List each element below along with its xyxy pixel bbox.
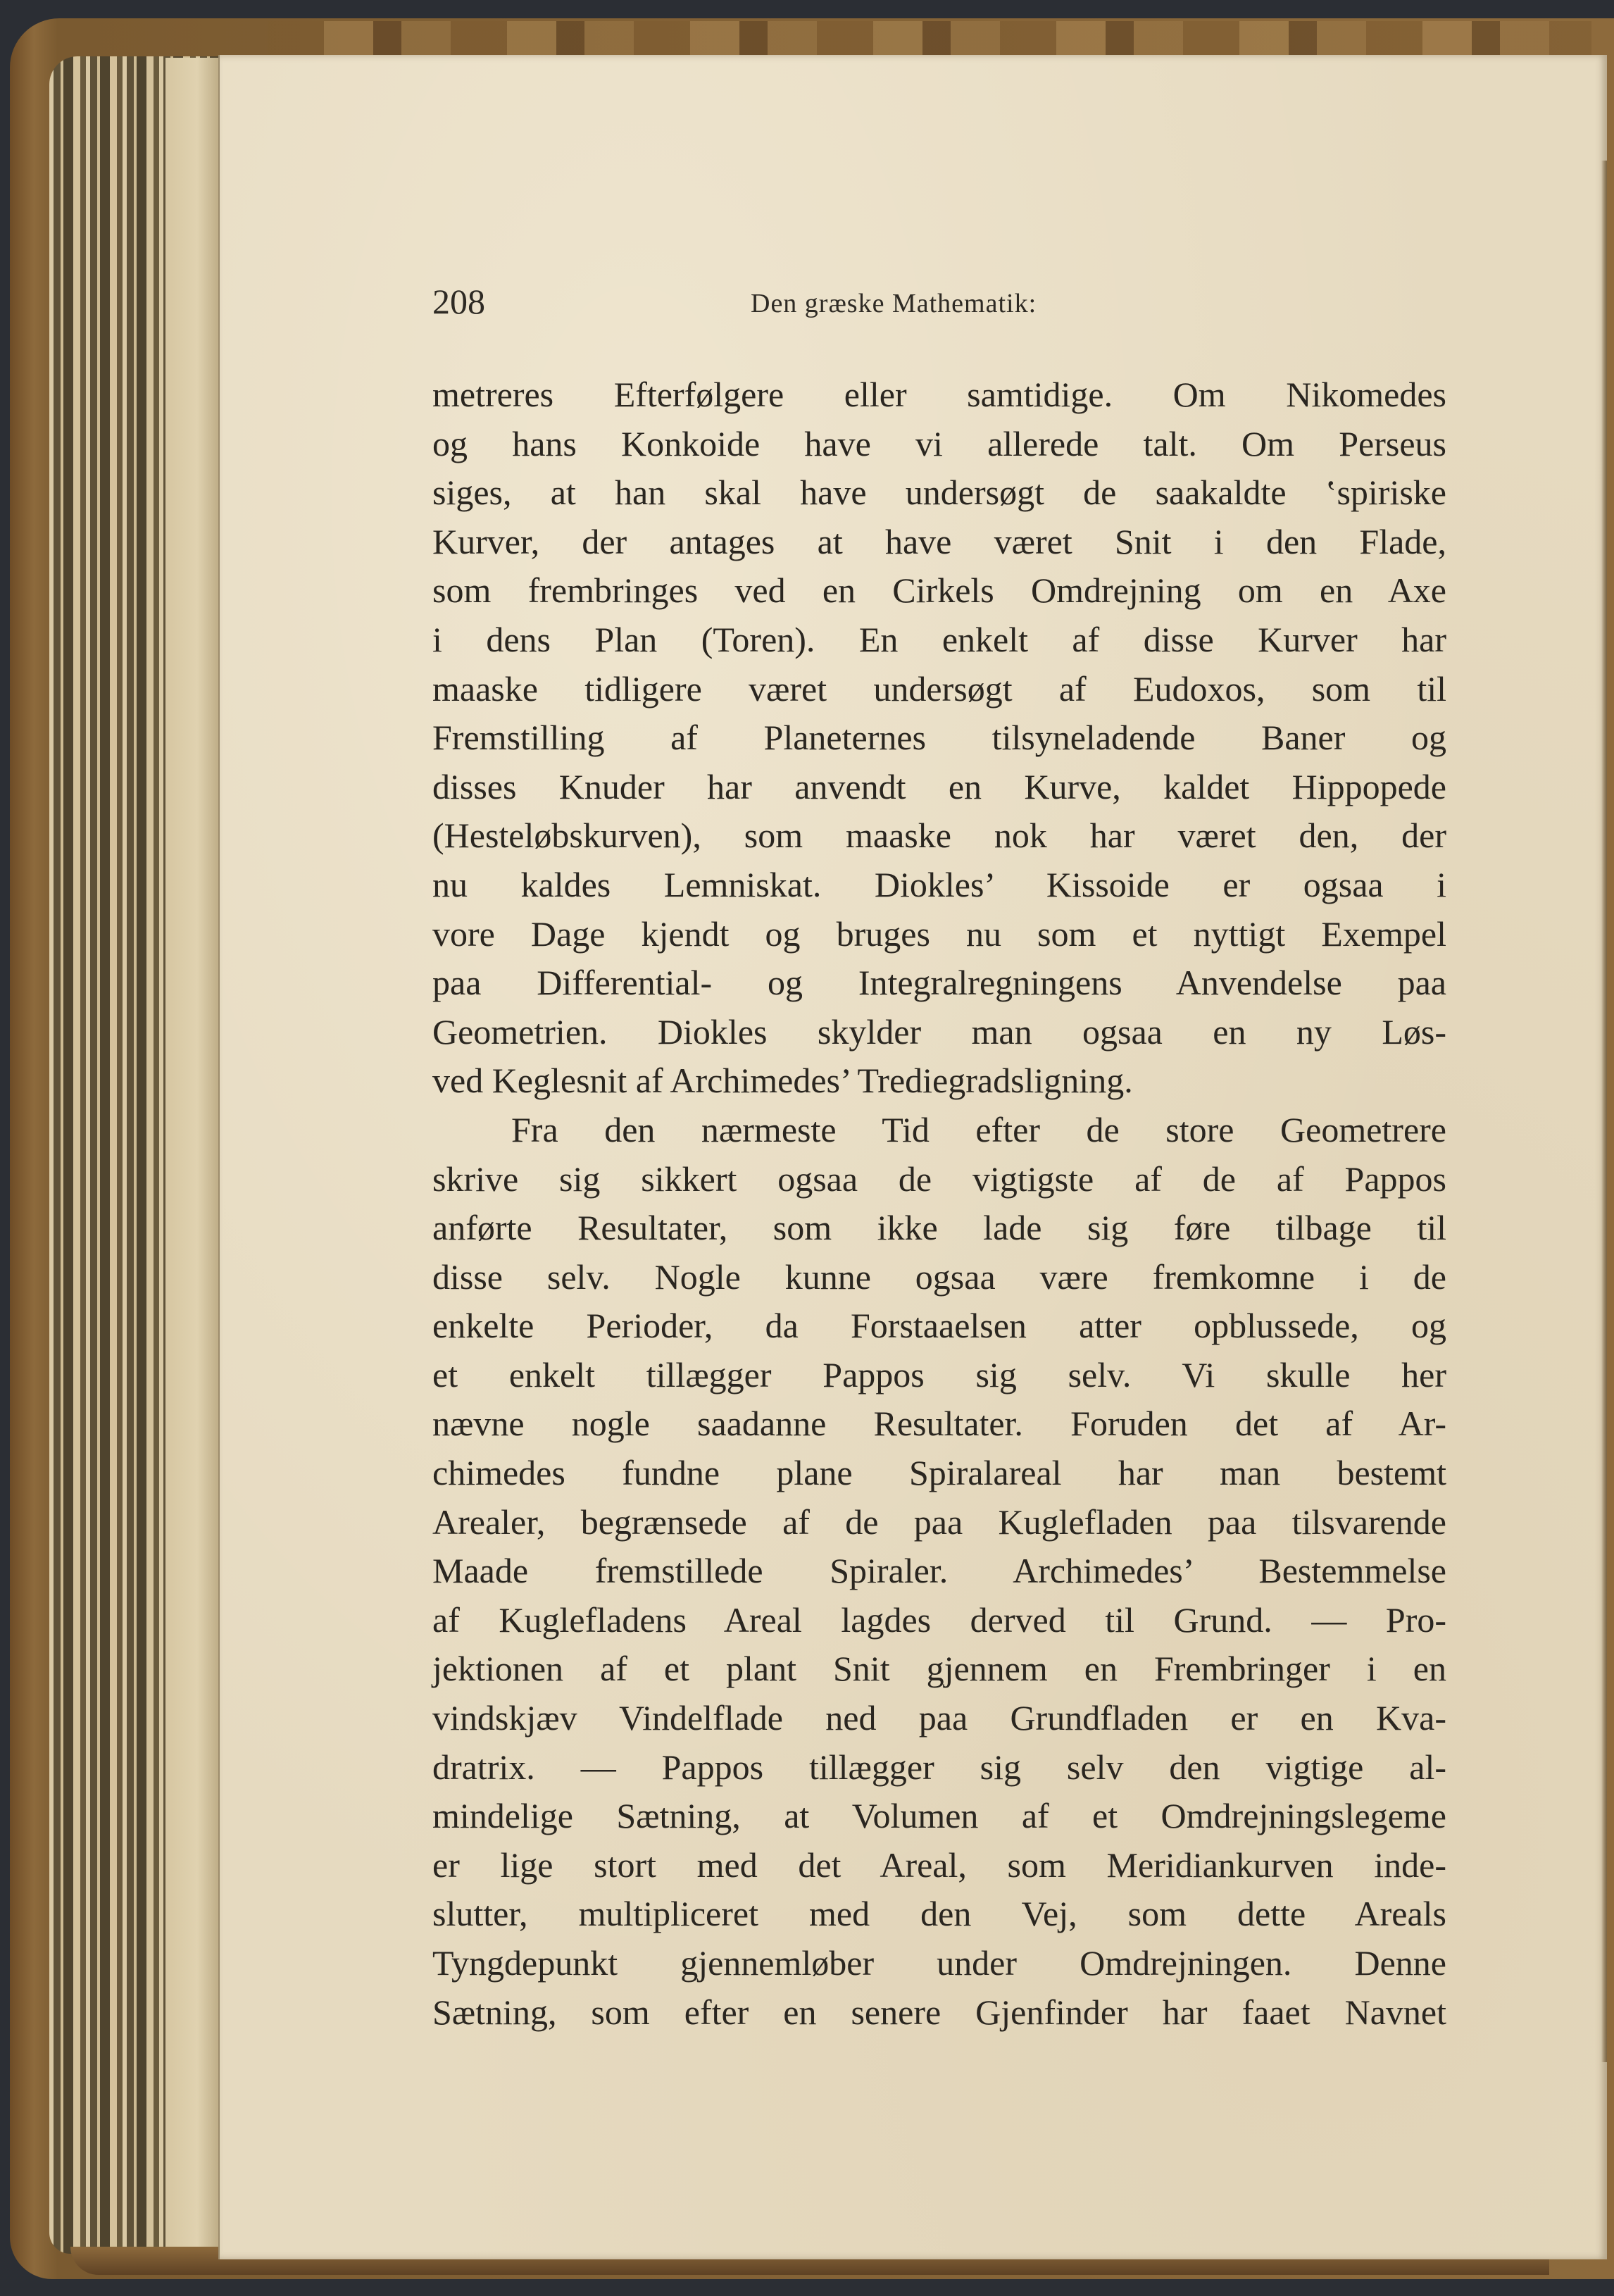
text-line: Sætning, som efter en senere Gjenfinder … <box>432 1988 1446 2038</box>
page-right-edge-shadow <box>1601 161 1607 2062</box>
text-line-paragraph-start: Fra den nærmeste Tid efter de store Geom… <box>432 1106 1446 1155</box>
text-line: paa Differential- og Integralregningens … <box>432 959 1446 1008</box>
running-head-title: Den græske Mathematik: <box>751 286 1037 321</box>
text-line: metreres Efterfølgere eller samtidige. O… <box>432 370 1446 420</box>
previous-page-edge <box>165 58 218 2251</box>
text-line: jektionen af et plant Snit gjennem en Fr… <box>432 1645 1446 1694</box>
worn-binding-top-edge <box>268 21 1591 55</box>
text-line: Arealer, begrænsede af de paa Kugleflade… <box>432 1498 1446 1547</box>
text-line: disse selv. Nogle kunne ogsaa være fremk… <box>432 1253 1446 1302</box>
text-line: Maade fremstillede Spiraler. Archimedes’… <box>432 1547 1446 1596</box>
text-line: Kurver, der antages at have været Snit i… <box>432 518 1446 567</box>
text-line: maaske tidligere været undersøgt af Eudo… <box>432 665 1446 714</box>
text-line: siges, at han skal have undersøgt de saa… <box>432 468 1446 518</box>
book-page: 208 Den græske Mathematik: metreres Efte… <box>218 55 1607 2259</box>
text-line: Geometrien. Diokles skylder man ogsaa en… <box>432 1008 1446 1057</box>
text-line: enkelte Perioder, da Forstaaelsen atter … <box>432 1302 1446 1351</box>
text-line-paragraph-end: ved Keglesnit af Archimedes’ Trediegrads… <box>432 1056 1446 1106</box>
text-line: disses Knuder har anvendt en Kurve, kald… <box>432 763 1446 812</box>
text-line: skrive sig sikkert ogsaa de vigtigste af… <box>432 1155 1446 1204</box>
text-line: vindskjæv Vindelflade ned paa Grundflade… <box>432 1694 1446 1743</box>
page-number: 208 <box>432 280 485 323</box>
text-line: Tyngdepunkt gjennemløber under Omdrejnin… <box>432 1939 1446 1988</box>
text-line: dratrix. — Pappos tillægger sig selv den… <box>432 1743 1446 1792</box>
text-line: og hans Konkoide have vi allerede talt. … <box>432 420 1446 469</box>
text-line: nævne nogle saadanne Resultater. Foruden… <box>432 1399 1446 1449</box>
text-line: nu kaldes Lemniskat. Diokles’ Kissoide e… <box>432 861 1446 910</box>
text-line: som frembringes ved en Cirkels Omdrejnin… <box>432 566 1446 616</box>
running-head: 208 Den græske Mathematik: <box>432 280 1446 323</box>
body-text: metreres Efterfølgere eller samtidige. O… <box>432 370 1446 2037</box>
text-line: i dens Plan (Toren). En enkelt af disse … <box>432 616 1446 665</box>
text-line: chimedes fundne plane Spiralareal har ma… <box>432 1449 1446 1498</box>
text-line: vore Dage kjendt og bruges nu som et nyt… <box>432 910 1446 959</box>
text-line: slutter, multipliceret med den Vej, som … <box>432 1890 1446 1939</box>
text-line: Fremstilling af Planeternes tilsyneladen… <box>432 713 1446 763</box>
text-line: mindelige Sætning, at Volumen af et Omdr… <box>432 1792 1446 1841</box>
text-line: et enkelt tillægger Pappos sig selv. Vi … <box>432 1351 1446 1400</box>
text-line: er lige stort med det Areal, som Meridia… <box>432 1841 1446 1890</box>
text-line: anførte Resultater, som ikke lade sig fø… <box>432 1204 1446 1253</box>
text-line: (Hesteløbskurven), som maaske nok har væ… <box>432 811 1446 861</box>
text-line: af Kuglefladens Areal lagdes derved til … <box>432 1596 1446 1645</box>
